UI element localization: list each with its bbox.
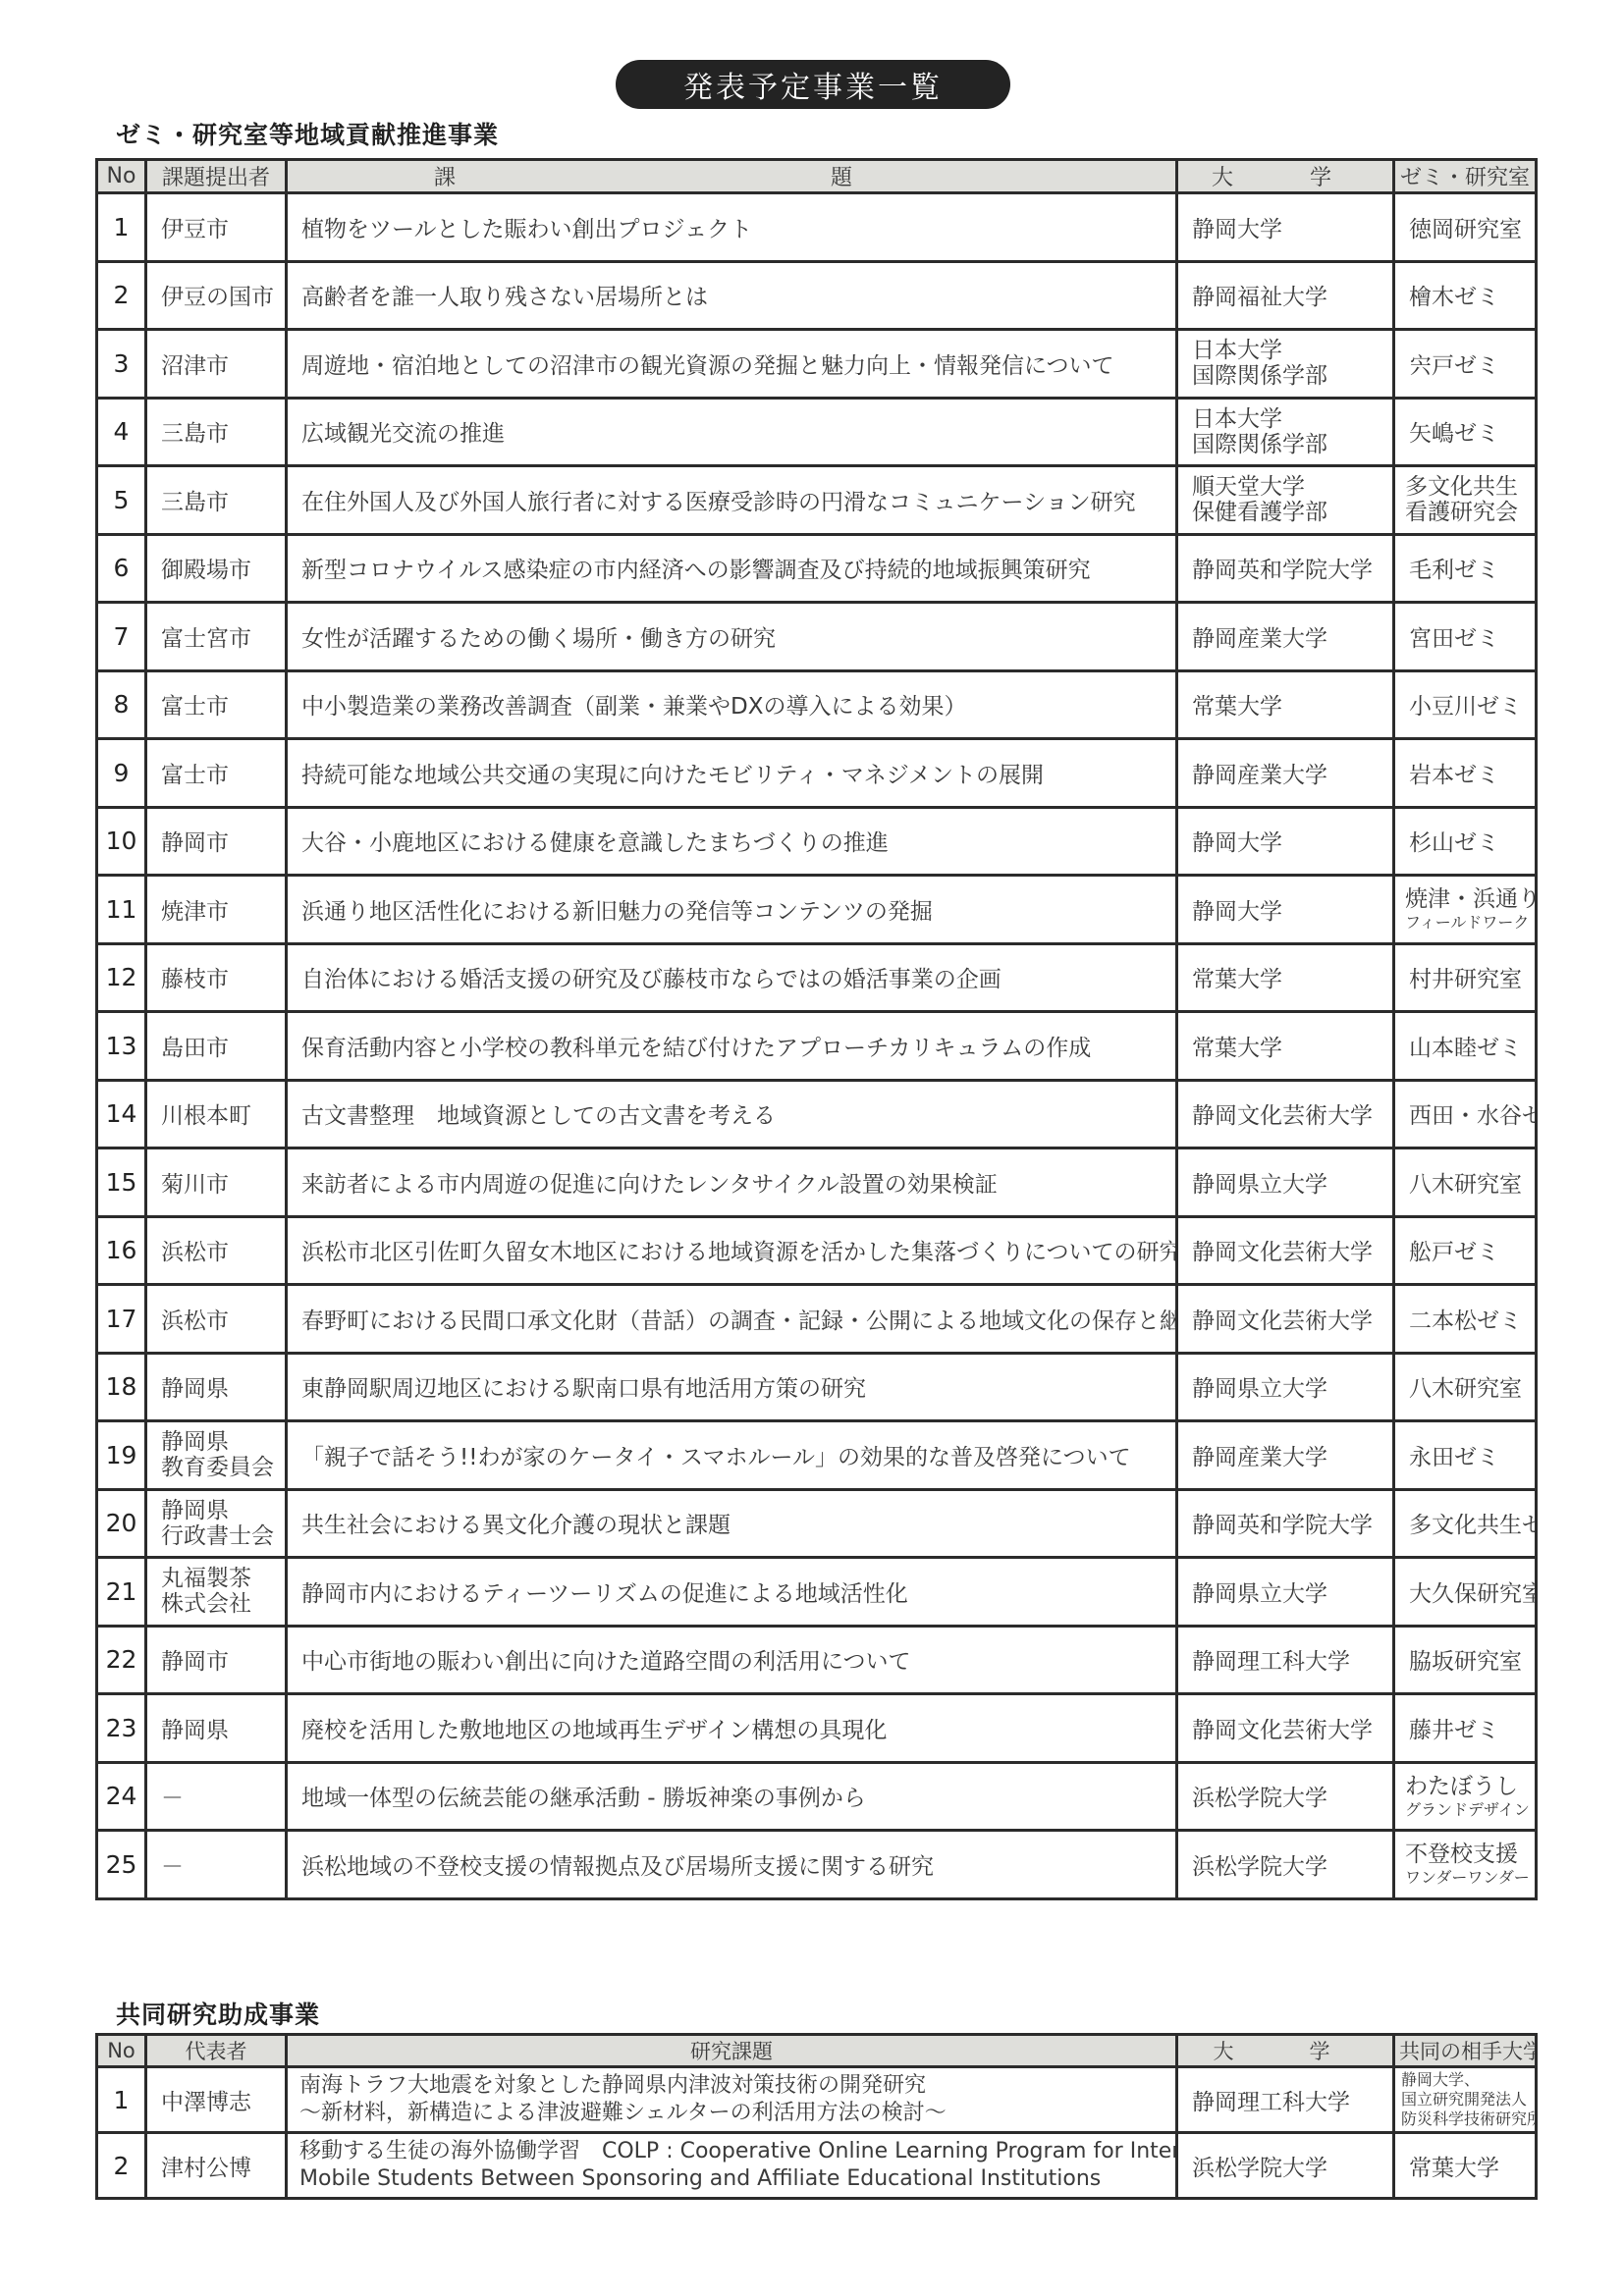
seminar-projects-table: No 課題提出者 課 題 大 学 ゼミ・研究室 1伊豆市植物をツールとした賑わい… [95,158,1538,1900]
row-number: 19 [97,1421,146,1490]
proposer-cell: 島田市 [146,1012,287,1081]
row-number: 15 [97,1148,146,1217]
university-cell: 静岡文化芸術大学 [1177,1694,1394,1763]
lab-line: 八木研究室 [1409,1376,1522,1402]
table-row: 2伊豆の国市高齢者を誰一人取り残さない居場所とは静岡福祉大学檜木ゼミ [97,261,1537,330]
lab-line: 舩戸ゼミ [1409,1240,1499,1265]
proposer-line: 静岡県 [161,1429,271,1455]
row-number: 25 [97,1831,146,1899]
university-cell: 静岡理工科大学 [1177,2067,1394,2133]
topic-line: 南海トラフ大地震を対象とした静岡県内津波対策技術の開発研究 [299,2072,1164,2100]
proposer-line: 静岡市 [161,830,229,856]
topic-cell: 持続可能な地域公共交通の実現に向けたモビリティ・マネジメントの展開 [287,739,1177,808]
lab-line: 多文化共生ゼミ [1409,1513,1537,1538]
university-cell: 静岡大学 [1177,876,1394,944]
partner-university-cell: 常葉大学 [1394,2133,1537,2199]
university-line: 静岡産業大学 [1192,626,1327,652]
topic-cell: 地域一体型の伝統芸能の継承活動 - 勝坂神楽の事例から [287,1762,1177,1831]
lab-line: 岩本ゼミ [1409,763,1499,788]
topic-cell: 静岡市内におけるティーツーリズムの促進による地域活性化 [287,1558,1177,1627]
row-number: 2 [97,2133,146,2199]
table-row: 19静岡県教育委員会「親子で話そう!!わが家のケータイ・スマホルール」の効果的な… [97,1421,1537,1490]
lab-line: 二本松ゼミ [1409,1308,1522,1334]
row-number: 8 [97,670,146,739]
lab-cell: 山本睦ゼミ [1394,1012,1537,1081]
representative-cell: 津村公博 [146,2133,287,2199]
university-line: 静岡文化芸術大学 [1192,1103,1373,1129]
topic-cell: 高齢者を誰一人取り残さない居場所とは [287,261,1177,330]
proposer-cell: 静岡市 [146,1626,287,1694]
proposer-cell: 浜松市 [146,1285,287,1354]
university-cell: 静岡文化芸術大学 [1177,1285,1394,1354]
lab-subtitle: フィールドワーク [1405,913,1525,933]
proposer-cell: 藤枝市 [146,943,287,1012]
lab-cell: 村井研究室 [1394,943,1537,1012]
university-cell: 静岡産業大学 [1177,1421,1394,1490]
lab-line: 檜木ゼミ [1409,285,1499,310]
row-number: 23 [97,1694,146,1763]
lab-cell: 大久保研究室 [1394,1558,1537,1627]
table-row: 20静岡県行政書士会共生社会における異文化介護の現状と課題静岡英和学院大学多文化… [97,1489,1537,1558]
topic-cell: 「親子で話そう!!わが家のケータイ・スマホルール」の効果的な普及啓発について [287,1421,1177,1490]
header-proposer: 課題提出者 [146,160,287,193]
representative-cell: 中澤博志 [146,2067,287,2133]
header-partner-university: 共同の相手大学 [1394,2035,1537,2067]
topic-line: Mobile Students Between Sponsoring and A… [299,2165,1164,2193]
university-cell: 静岡英和学院大学 [1177,1489,1394,1558]
topic-cell: 植物をツールとした賑わい創出プロジェクト [287,193,1177,262]
research-topic-cell: 南海トラフ大地震を対象とした静岡県内津波対策技術の開発研究～新材料，新構造による… [287,2067,1177,2133]
proposer-cell: 川根本町 [146,1080,287,1148]
lab-cell: 脇坂研究室 [1394,1626,1537,1694]
proposer-cell: 焼津市 [146,876,287,944]
proposer-line: 静岡県 [161,1498,271,1523]
lab-line: 徳岡研究室 [1409,217,1522,242]
header-no: No [97,160,146,193]
proposer-cell: 三島市 [146,466,287,535]
header-university: 大 学 [1177,160,1394,193]
lab-line: 藤井ゼミ [1409,1718,1499,1743]
topic-cell: 廃校を活用した敷地地区の地域再生デザイン構想の具現化 [287,1694,1177,1763]
lab-line: 看護研究会 [1405,500,1525,525]
university-cell: 静岡理工科大学 [1177,1626,1394,1694]
lab-line: 毛利ゼミ [1409,558,1499,583]
university-line: 常葉大学 [1192,1036,1282,1061]
header-representative: 代表者 [146,2035,287,2067]
row-number: 9 [97,739,146,808]
university-line: 静岡理工科大学 [1192,1649,1350,1675]
row-number: 6 [97,534,146,603]
proposer-cell: 富士市 [146,670,287,739]
topic-line: ～新材料，新構造による津波避難シェルターの利活用方法の検討～ [299,2100,1164,2127]
topic-cell: 共生社会における異文化介護の現状と課題 [287,1489,1177,1558]
proposer-line: 沼津市 [161,353,229,379]
lab-cell: 小豆川ゼミ [1394,670,1537,739]
proposer-cell: 伊豆の国市 [146,261,287,330]
table-row: 24－地域一体型の伝統芸能の継承活動 - 勝坂神楽の事例から浜松学院大学わたぼう… [97,1762,1537,1831]
partner-line: 国立研究開発法人 [1401,2090,1529,2109]
lab-line: わたぼうし [1405,1773,1525,1800]
proposer-line: 浜松市 [161,1308,229,1334]
university-cell: 浜松学院大学 [1177,1831,1394,1899]
topic-cell: 広域観光交流の推進 [287,398,1177,466]
university-line: 静岡英和学院大学 [1192,558,1373,583]
table-row: 6御殿場市新型コロナウイルス感染症の市内経済への影響調査及び持続的地域振興策研究… [97,534,1537,603]
row-number: 1 [97,2067,146,2133]
proposer-line: － [161,1786,184,1811]
university-line: 浜松学院大学 [1192,1854,1327,1880]
lab-line: 不登校支援 [1405,1841,1525,1868]
university-line: 静岡大学 [1192,830,1282,856]
proposer-cell: 丸福製茶株式会社 [146,1558,287,1627]
lab-line: 小豆川ゼミ [1409,694,1522,720]
university-line: 静岡産業大学 [1192,763,1327,788]
table-row: 13島田市保育活動内容と小学校の教科単元を結び付けたアプローチカリキュラムの作成… [97,1012,1537,1081]
topic-cell: 自治体における婚活支援の研究及び藤枝市ならではの婚活事業の企画 [287,943,1177,1012]
topic-cell: 在住外国人及び外国人旅行者に対する医療受診時の円滑なコミュニケーション研究 [287,466,1177,535]
proposer-line: 三島市 [161,490,229,515]
university-cell: 浜松学院大学 [1177,2133,1394,2199]
university-cell: 静岡県立大学 [1177,1558,1394,1627]
table-row: 15菊川市来訪者による市内周遊の促進に向けたレンタサイクル設置の効果検証静岡県立… [97,1148,1537,1217]
proposer-line: 伊豆市 [161,217,229,242]
proposer-cell: 静岡県教育委員会 [146,1421,287,1490]
lab-cell: 焼津・浜通りフィールドワーク [1394,876,1537,944]
table-row: 2津村公博移動する生徒の海外協働学習 COLP : Cooperative On… [97,2133,1537,2199]
lab-line: 矢嶋ゼミ [1409,421,1499,447]
lab-cell: 宍戸ゼミ [1394,330,1537,399]
university-line: 静岡英和学院大学 [1192,1513,1373,1538]
university-line: 日本大学 [1192,338,1379,363]
partner-university-cell: 静岡大学、国立研究開発法人防災科学技術研究所 [1394,2067,1537,2133]
topic-cell: 中心市街地の賑わい創出に向けた道路空間の利活用について [287,1626,1177,1694]
lab-cell: 多文化共生看護研究会 [1394,466,1537,535]
table-row: 4三島市広域観光交流の推進日本大学国際関係学部矢嶋ゼミ [97,398,1537,466]
joint-research-table: No 代表者 研究課題 大 学 共同の相手大学 1中澤博志南海トラフ大地震を対象… [95,2033,1538,2200]
lab-cell: 宮田ゼミ [1394,603,1537,671]
proposer-line: 伊豆の国市 [161,285,274,310]
lab-cell: 八木研究室 [1394,1353,1537,1421]
row-number: 14 [97,1080,146,1148]
university-cell: 静岡大学 [1177,193,1394,262]
section-heading-seminar-projects: ゼミ・研究室等地域貢献推進事業 [116,116,499,151]
row-number: 5 [97,466,146,535]
header-university: 大 学 [1177,2035,1394,2067]
lab-line: 宮田ゼミ [1409,626,1499,652]
lab-line: 杉山ゼミ [1409,830,1499,856]
partner-line: 防災科学技術研究所 [1401,2109,1529,2129]
table-row: 1中澤博志南海トラフ大地震を対象とした静岡県内津波対策技術の開発研究～新材料，新… [97,2067,1537,2133]
lab-subtitle: ワンダーワンダー [1405,1868,1525,1888]
section-heading-joint-research: 共同研究助成事業 [116,1996,320,2031]
proposer-line: 浜松市 [161,1240,229,1265]
university-line: 浜松学院大学 [1192,1786,1327,1811]
university-line: 静岡福祉大学 [1192,285,1327,310]
proposer-line: 株式会社 [161,1591,271,1617]
university-cell: 静岡英和学院大学 [1177,534,1394,603]
table-row: 23静岡県廃校を活用した敷地地区の地域再生デザイン構想の具現化静岡文化芸術大学藤… [97,1694,1537,1763]
proposer-cell: 富士宮市 [146,603,287,671]
lab-line: 宍戸ゼミ [1409,353,1499,379]
proposer-line: 富士市 [161,694,229,720]
row-number: 2 [97,261,146,330]
proposer-line: 川根本町 [161,1103,251,1129]
proposer-cell: 菊川市 [146,1148,287,1217]
lab-cell: 多文化共生ゼミ [1394,1489,1537,1558]
row-number: 7 [97,603,146,671]
table-row: 22静岡市中心市街地の賑わい創出に向けた道路空間の利活用について静岡理工科大学脇… [97,1626,1537,1694]
table-row: 14川根本町古文書整理 地域資源としての古文書を考える静岡文化芸術大学西田・水谷… [97,1080,1537,1148]
topic-cell: 春野町における民間口承文化財（昔話）の調査・記録・公開による地域文化の保存と継承 [287,1285,1177,1354]
university-cell: 浜松学院大学 [1177,1762,1394,1831]
university-cell: 静岡文化芸術大学 [1177,1216,1394,1285]
lab-cell: 杉山ゼミ [1394,807,1537,876]
university-line: 国際関係学部 [1192,432,1379,457]
table-row: 11焼津市浜通り地区活性化における新旧魅力の発信等コンテンツの発掘静岡大学焼津・… [97,876,1537,944]
proposer-line: 静岡県 [161,1718,229,1743]
university-line: 静岡県立大学 [1192,1581,1327,1607]
partner-line: 静岡大学、 [1401,2070,1529,2090]
proposer-line: 丸福製茶 [161,1566,271,1591]
row-number: 16 [97,1216,146,1285]
university-cell: 常葉大学 [1177,1012,1394,1081]
lab-cell: 檜木ゼミ [1394,261,1537,330]
lab-cell: 岩本ゼミ [1394,739,1537,808]
row-number: 4 [97,398,146,466]
proposer-line: 島田市 [161,1036,229,1061]
lab-cell: 藤井ゼミ [1394,1694,1537,1763]
proposer-cell: 伊豆市 [146,193,287,262]
university-cell: 日本大学国際関係学部 [1177,330,1394,399]
lab-subtitle: グランドデザイン [1405,1800,1525,1820]
lab-line: 多文化共生 [1405,474,1525,500]
university-line: 静岡大学 [1192,217,1282,242]
table-row: 16浜松市浜松市北区引佐町久留女木地区における地域資源を活かした集落づくりについ… [97,1216,1537,1285]
proposer-cell: 静岡県行政書士会 [146,1489,287,1558]
topic-line: 移動する生徒の海外協働学習 COLP : Cooperative Online … [299,2138,1164,2165]
topic-cell: 浜松地域の不登校支援の情報拠点及び居場所支援に関する研究 [287,1831,1177,1899]
table-row: 1伊豆市植物をツールとした賑わい創出プロジェクト静岡大学徳岡研究室 [97,193,1537,262]
university-line: 静岡文化芸術大学 [1192,1308,1373,1334]
proposer-cell: － [146,1831,287,1899]
proposer-cell: 三島市 [146,398,287,466]
row-number: 22 [97,1626,146,1694]
university-line: 保健看護学部 [1192,500,1379,525]
row-number: 20 [97,1489,146,1558]
table-row: 7富士宮市女性が活躍するための働く場所・働き方の研究静岡産業大学宮田ゼミ [97,603,1537,671]
lab-cell: 永田ゼミ [1394,1421,1537,1490]
university-line: 日本大学 [1192,406,1379,432]
row-number: 12 [97,943,146,1012]
university-cell: 常葉大学 [1177,943,1394,1012]
row-number: 1 [97,193,146,262]
topic-cell: 周遊地・宿泊地としての沼津市の観光資源の発掘と魅力向上・情報発信について [287,330,1177,399]
topic-cell: 来訪者による市内周遊の促進に向けたレンタサイクル設置の効果検証 [287,1148,1177,1217]
proposer-line: － [161,1854,184,1880]
topic-cell: 新型コロナウイルス感染症の市内経済への影響調査及び持続的地域振興策研究 [287,534,1177,603]
lab-line: 八木研究室 [1409,1172,1522,1198]
lab-line: 村井研究室 [1409,967,1522,992]
partner-line: 常葉大学 [1409,2156,1499,2181]
lab-line: 焼津・浜通り [1405,885,1525,913]
university-line: 静岡文化芸術大学 [1192,1718,1373,1743]
table-row: 12藤枝市自治体における婚活支援の研究及び藤枝市ならではの婚活事業の企画常葉大学… [97,943,1537,1012]
lab-cell: 八木研究室 [1394,1148,1537,1217]
proposer-line: 行政書士会 [161,1523,271,1549]
proposer-cell: 静岡市 [146,807,287,876]
lab-cell: 徳岡研究室 [1394,193,1537,262]
university-line: 静岡大学 [1192,899,1282,925]
university-line: 静岡県立大学 [1192,1376,1327,1402]
lab-line: 永田ゼミ [1409,1445,1499,1470]
lab-line: 脇坂研究室 [1409,1649,1522,1675]
proposer-cell: 浜松市 [146,1216,287,1285]
lab-line: 山本睦ゼミ [1409,1036,1522,1061]
topic-cell: 東静岡駅周辺地区における駅南口県有地活用方策の研究 [287,1353,1177,1421]
university-line: 静岡産業大学 [1192,1445,1327,1470]
proposer-line: 静岡市 [161,1649,229,1675]
table-row: 21丸福製茶株式会社静岡市内におけるティーツーリズムの促進による地域活性化静岡県… [97,1558,1537,1627]
lab-cell: 矢嶋ゼミ [1394,398,1537,466]
row-number: 13 [97,1012,146,1081]
university-cell: 常葉大学 [1177,670,1394,739]
lab-cell: 二本松ゼミ [1394,1285,1537,1354]
university-cell: 静岡産業大学 [1177,739,1394,808]
university-line: 常葉大学 [1192,967,1282,992]
proposer-cell: 富士市 [146,739,287,808]
table-row: 25－浜松地域の不登校支援の情報拠点及び居場所支援に関する研究浜松学院大学不登校… [97,1831,1537,1899]
proposer-line: 富士市 [161,763,229,788]
topic-cell: 女性が活躍するための働く場所・働き方の研究 [287,603,1177,671]
header-lab: ゼミ・研究室 [1394,160,1537,193]
row-number: 11 [97,876,146,944]
proposer-line: 藤枝市 [161,967,229,992]
university-line: 順天堂大学 [1192,474,1379,500]
university-cell: 静岡県立大学 [1177,1148,1394,1217]
proposer-cell: － [146,1762,287,1831]
proposer-line: 教育委員会 [161,1455,271,1480]
table-row: 9富士市持続可能な地域公共交通の実現に向けたモビリティ・マネジメントの展開静岡産… [97,739,1537,808]
lab-cell: 毛利ゼミ [1394,534,1537,603]
table-row: 10静岡市大谷・小鹿地区における健康を意識したまちづくりの推進静岡大学杉山ゼミ [97,807,1537,876]
lab-cell: 舩戸ゼミ [1394,1216,1537,1285]
proposer-line: 菊川市 [161,1172,229,1198]
research-topic-cell: 移動する生徒の海外協働学習 COLP : Cooperative Online … [287,2133,1177,2199]
university-cell: 静岡県立大学 [1177,1353,1394,1421]
row-number: 17 [97,1285,146,1354]
table-row: 18静岡県東静岡駅周辺地区における駅南口県有地活用方策の研究静岡県立大学八木研究… [97,1353,1537,1421]
university-cell: 日本大学国際関係学部 [1177,398,1394,466]
lab-cell: 不登校支援ワンダーワンダー [1394,1831,1537,1899]
row-number: 18 [97,1353,146,1421]
row-number: 21 [97,1558,146,1627]
proposer-cell: 御殿場市 [146,534,287,603]
topic-cell: 古文書整理 地域資源としての古文書を考える [287,1080,1177,1148]
proposer-line: 富士宮市 [161,626,251,652]
university-cell: 静岡福祉大学 [1177,261,1394,330]
university-cell: 静岡文化芸術大学 [1177,1080,1394,1148]
proposer-cell: 静岡県 [146,1694,287,1763]
topic-cell: 保育活動内容と小学校の教科単元を結び付けたアプローチカリキュラムの作成 [287,1012,1177,1081]
lab-cell: 西田・水谷ゼミ [1394,1080,1537,1148]
header-topic: 課 題 [287,160,1177,193]
university-cell: 静岡産業大学 [1177,603,1394,671]
table-header-row: No 課題提出者 課 題 大 学 ゼミ・研究室 [97,160,1537,193]
header-no: No [97,2035,146,2067]
university-line: 静岡文化芸術大学 [1192,1240,1373,1265]
proposer-line: 御殿場市 [161,558,251,583]
table-row: 5三島市在住外国人及び外国人旅行者に対する医療受診時の円滑なコミュニケーション研… [97,466,1537,535]
lab-line: 西田・水谷ゼミ [1409,1103,1537,1129]
proposer-line: 静岡県 [161,1376,229,1402]
topic-cell: 浜通り地区活性化における新旧魅力の発信等コンテンツの発掘 [287,876,1177,944]
table-row: 17浜松市春野町における民間口承文化財（昔話）の調査・記録・公開による地域文化の… [97,1285,1537,1354]
university-cell: 静岡大学 [1177,807,1394,876]
page-title: 発表予定事業一覧 [616,60,1010,109]
proposer-cell: 沼津市 [146,330,287,399]
lab-line: 大久保研究室 [1409,1581,1537,1607]
university-cell: 順天堂大学保健看護学部 [1177,466,1394,535]
table-row: 3沼津市周遊地・宿泊地としての沼津市の観光資源の発掘と魅力向上・情報発信について… [97,330,1537,399]
table-header-row: No 代表者 研究課題 大 学 共同の相手大学 [97,2035,1537,2067]
university-line: 国際関係学部 [1192,363,1379,389]
topic-cell: 大谷・小鹿地区における健康を意識したまちづくりの推進 [287,807,1177,876]
proposer-line: 焼津市 [161,899,229,925]
row-number: 10 [97,807,146,876]
topic-cell: 浜松市北区引佐町久留女木地区における地域資源を活かした集落づくりについての研究 [287,1216,1177,1285]
header-research-topic: 研究課題 [287,2035,1177,2067]
table-row: 8富士市中小製造業の業務改善調査（副業・兼業やDXの導入による効果）常葉大学小豆… [97,670,1537,739]
row-number: 3 [97,330,146,399]
university-line: 常葉大学 [1192,694,1282,720]
lab-cell: わたぼうしグランドデザイン [1394,1762,1537,1831]
topic-cell: 中小製造業の業務改善調査（副業・兼業やDXの導入による効果） [287,670,1177,739]
proposer-line: 三島市 [161,421,229,447]
university-line: 静岡県立大学 [1192,1172,1327,1198]
row-number: 24 [97,1762,146,1831]
proposer-cell: 静岡県 [146,1353,287,1421]
